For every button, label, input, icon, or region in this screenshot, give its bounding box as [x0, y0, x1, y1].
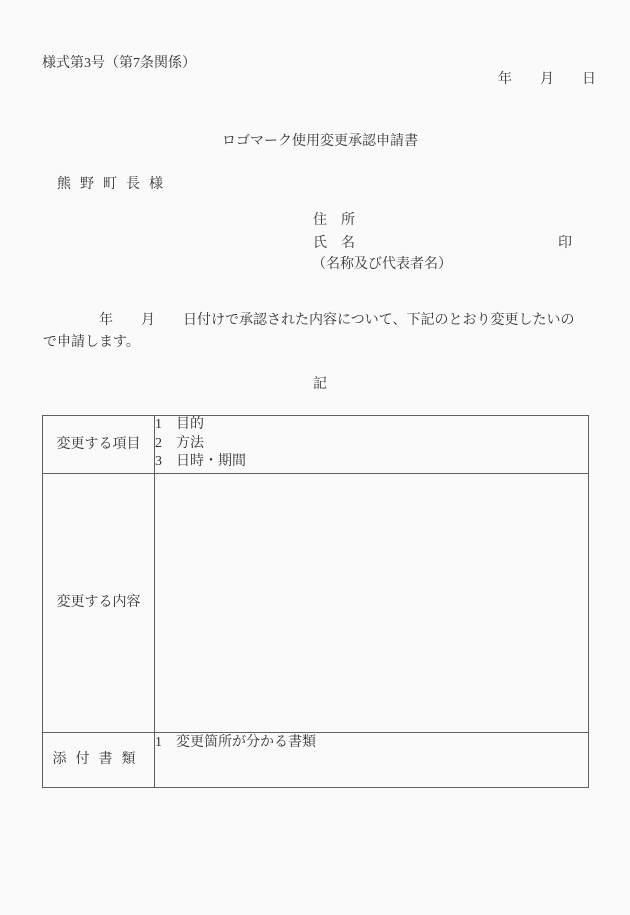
- row-cell-change-items: 1 目的 2 方法 3 日時・期間: [155, 416, 589, 474]
- name-label: 氏 名: [313, 237, 355, 251]
- row-cell-change-content: [155, 474, 589, 733]
- table-row-change-content: 変更する内容: [43, 474, 589, 733]
- table-row-change-items: 変更する項目 1 目的 2 方法 3 日時・期間: [43, 416, 589, 474]
- form-number: 様式第3号（第7条関係）: [42, 57, 196, 71]
- addressee-line: 熊野町長様: [57, 178, 172, 192]
- row-cell-attachments: 1 変更箇所が分かる書類: [155, 733, 589, 788]
- row-header-change-items: 変更する項目: [43, 416, 155, 474]
- change-item-3: 3 日時・期間: [155, 453, 588, 472]
- change-item-2: 2 方法: [155, 435, 588, 454]
- page-title: ロゴマーク使用変更承認申請書: [10, 135, 630, 149]
- body-paragraph: 年 月 日付けで承認された内容について、下記のとおり変更したいので申請します。: [43, 310, 580, 354]
- record-marker: 記: [10, 378, 630, 392]
- address-label: 住 所: [313, 214, 355, 228]
- change-request-table: 変更する項目 1 目的 2 方法 3 日時・期間 変更する内容 添付書類 1 変…: [42, 415, 589, 788]
- attachment-item-1: 1 変更箇所が分かる書類: [155, 733, 588, 752]
- seal-mark: 印: [558, 237, 572, 251]
- date-line: 年 月 日: [498, 73, 596, 87]
- application-form-page: 様式第3号（第7条関係） 年 月 日 ロゴマーク使用変更承認申請書 熊野町長様 …: [0, 0, 630, 915]
- change-item-1: 1 目的: [155, 416, 588, 435]
- row-header-change-content: 変更する内容: [43, 474, 155, 733]
- row-header-attachments: 添付書類: [43, 733, 155, 788]
- representative-note: （名称及び代表者名）: [312, 258, 452, 272]
- table-row-attachments: 添付書類 1 変更箇所が分かる書類: [43, 733, 589, 788]
